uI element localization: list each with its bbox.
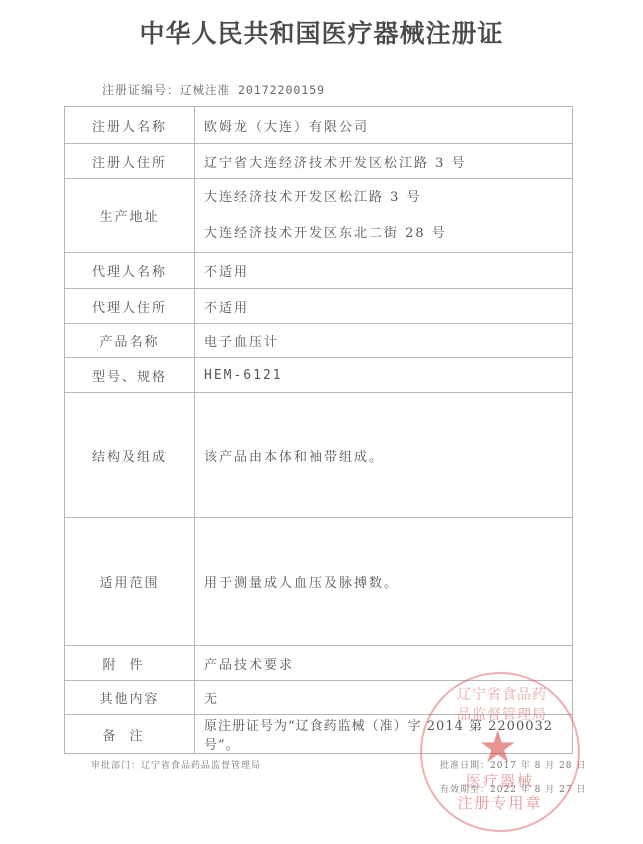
- cert-number-label: 注册证编号：: [102, 83, 180, 97]
- table-row: 备注 原注册证号为“辽食药监械（准）字 2014 第 2200032 号”。: [65, 715, 573, 754]
- approval-department: 审批部门：辽宁省食品药品监督管理局: [91, 758, 261, 771]
- label-other: 其他内容: [65, 681, 195, 715]
- label-structure: 结构及组成: [65, 393, 195, 518]
- seal-bottom-text: 注册专用章: [422, 792, 578, 813]
- value-other: 无: [195, 681, 573, 715]
- label-registrant-name: 注册人名称: [65, 107, 195, 144]
- label-registrant-address: 注册人住所: [65, 144, 195, 179]
- label-product-name: 产品名称: [65, 324, 195, 358]
- table-row: 代理人住所 不适用: [65, 289, 573, 324]
- value-remarks: 原注册证号为“辽食药监械（准）字 2014 第 2200032 号”。: [195, 715, 573, 754]
- value-production-address: 大连经济技术开发区松江路 3 号 大连经济技术开发区东北二街 28 号: [195, 179, 573, 253]
- table-row: 适用范围 用于测量成人血压及脉搏数。: [65, 518, 573, 646]
- table-row: 产品名称 电子血压计: [65, 324, 573, 358]
- table-row: 生产地址 大连经济技术开发区松江路 3 号 大连经济技术开发区东北二街 28 号: [65, 179, 573, 253]
- label-scope: 适用范围: [65, 518, 195, 646]
- label-production-address: 生产地址: [65, 179, 195, 253]
- table-row: 结构及组成 该产品由本体和袖带组成。: [65, 393, 573, 518]
- cert-number-value: 辽械注准 20172200159: [180, 83, 325, 97]
- value-model-spec: HEM-6121: [195, 358, 573, 393]
- value-registrant-address: 辽宁省大连经济技术开发区松江路 3 号: [195, 144, 573, 179]
- value-structure: 该产品由本体和袖带组成。: [195, 393, 573, 518]
- document-title: 中华人民共和国医疗器械注册证: [0, 14, 643, 50]
- registration-table: 注册人名称 欧姆龙（大连）有限公司 注册人住所 辽宁省大连经济技术开发区松江路 …: [64, 106, 573, 754]
- production-address-line: 大连经济技术开发区东北二街 28 号: [204, 216, 572, 252]
- value-registrant-name: 欧姆龙（大连）有限公司: [195, 107, 573, 144]
- value-agent-address: 不适用: [195, 289, 573, 324]
- label-model-spec: 型号、规格: [65, 358, 195, 393]
- cert-number: 注册证编号：辽械注准 20172200159: [102, 81, 325, 98]
- table-row: 附件 产品技术要求: [65, 646, 573, 681]
- value-scope: 用于测量成人血压及脉搏数。: [195, 518, 573, 646]
- table-row: 注册人住所 辽宁省大连经济技术开发区松江路 3 号: [65, 144, 573, 179]
- label-attachment: 附件: [65, 646, 195, 681]
- label-agent-address: 代理人住所: [65, 289, 195, 324]
- table-row: 代理人名称 不适用: [65, 253, 573, 289]
- table-row: 其他内容 无: [65, 681, 573, 715]
- approval-date: 批准日期：2017 年 8 月 28 日: [440, 758, 586, 771]
- value-attachment: 产品技术要求: [195, 646, 573, 681]
- value-product-name: 电子血压计: [195, 324, 573, 358]
- label-remarks: 备注: [65, 715, 195, 754]
- production-address-line: 大连经济技术开发区松江路 3 号: [204, 180, 572, 216]
- table-row: 型号、规格 HEM-6121: [65, 358, 573, 393]
- valid-until: 有效期至：2022 年 8 月 27 日: [440, 782, 586, 795]
- label-agent-name: 代理人名称: [65, 253, 195, 289]
- value-agent-name: 不适用: [195, 253, 573, 289]
- table-row: 注册人名称 欧姆龙（大连）有限公司: [65, 107, 573, 144]
